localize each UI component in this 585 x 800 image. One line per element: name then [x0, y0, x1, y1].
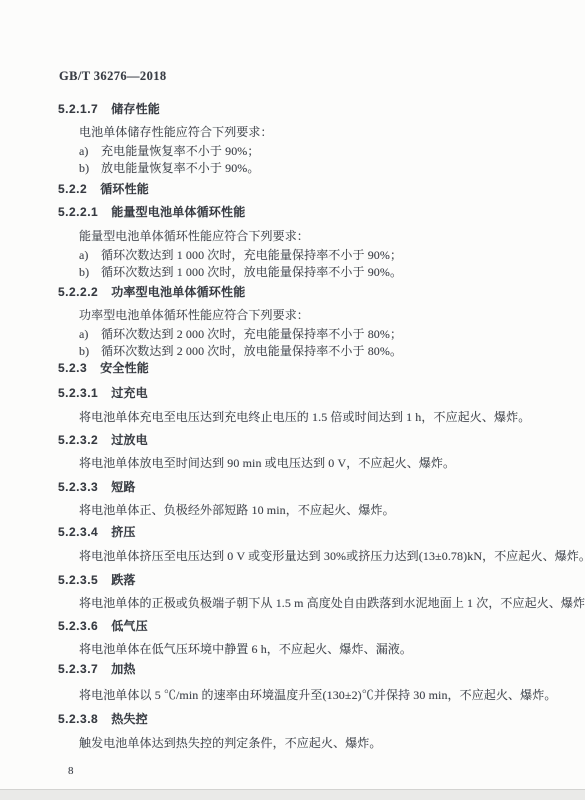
section-heading-5-2-2-2: 5.2.2.2功率型电池单体循环性能 — [58, 285, 245, 299]
list-item-label: a) — [79, 144, 101, 158]
section-heading-5-2-3-7: 5.2.3.7加热 — [58, 662, 136, 676]
list-item-text: 放电能量恢复率不小于 90%。 — [101, 161, 260, 175]
list-item-text: 循环次数达到 2 000 次时，放电能量保持率不小于 80%。 — [101, 344, 402, 358]
list-item-label: a) — [79, 248, 101, 262]
document-page: GB/T 36276—2018 5.2.1.7储存性能 电池单体储存性能应符合下… — [0, 0, 585, 800]
page-bottom-edge — [0, 789, 585, 800]
section-title: 跌落 — [111, 573, 135, 587]
section-number: 5.2.3.2 — [58, 433, 98, 447]
section-number: 5.2.3 — [58, 361, 87, 375]
section-number: 5.2.3.6 — [58, 619, 98, 633]
list-item-text: 充电能量恢复率不小于 90%； — [101, 144, 260, 158]
paragraph: 电池单体储存性能应符合下列要求： — [79, 125, 273, 139]
section-heading-5-2-3: 5.2.3安全性能 — [58, 361, 149, 375]
section-title: 低气压 — [111, 619, 148, 633]
list-item-text: 循环次数达到 1 000 次时，放电能量保持率不小于 90%。 — [101, 265, 402, 279]
list-item-label: b) — [79, 161, 101, 175]
section-title: 功率型电池单体循环性能 — [111, 285, 245, 299]
paragraph: 将电池单体放电至时间达到 90 min 或电压达到 0 V，不应起火、爆炸。 — [79, 456, 455, 470]
section-title: 热失控 — [111, 712, 148, 726]
section-heading-5-2-2: 5.2.2循环性能 — [58, 182, 149, 196]
section-heading-5-2-3-5: 5.2.3.5跌落 — [58, 573, 136, 587]
section-title: 储存性能 — [111, 102, 160, 116]
list-item-a: a)充电能量恢复率不小于 90%； — [79, 144, 260, 158]
list-item-text: 循环次数达到 2 000 次时，充电能量保持率不小于 80%； — [101, 327, 402, 341]
section-heading-5-2-2-1: 5.2.2.1能量型电池单体循环性能 — [58, 205, 245, 219]
standard-code-header: GB/T 36276—2018 — [59, 69, 167, 83]
section-number: 5.2.3.4 — [58, 525, 98, 539]
paragraph: 将电池单体充电至电压达到充电终止电压的 1.5 倍或时间达到 1 h，不应起火、… — [79, 410, 530, 424]
section-number: 5.2.2 — [58, 182, 87, 196]
paragraph: 将电池单体以 5 ℃/min 的速率由环境温度升至(130±2)℃并保持 30 … — [79, 688, 556, 702]
section-heading-5-2-3-4: 5.2.3.4挤压 — [58, 525, 136, 539]
section-number: 5.2.2.1 — [58, 205, 98, 219]
list-item-b: b)放电能量恢复率不小于 90%。 — [79, 161, 260, 175]
section-title: 加热 — [111, 662, 135, 676]
section-heading-5-2-3-8: 5.2.3.8热失控 — [58, 712, 148, 726]
section-heading-5-2-1-7: 5.2.1.7储存性能 — [58, 102, 160, 116]
section-heading-5-2-3-6: 5.2.3.6低气压 — [58, 619, 148, 633]
section-heading-5-2-3-3: 5.2.3.3短路 — [58, 480, 136, 494]
paragraph: 将电池单体的正极或负极端子朝下从 1.5 m 高度处自由跌落到水泥地面上 1 次… — [79, 596, 585, 610]
list-item-a: a)循环次数达到 1 000 次时，充电能量保持率不小于 90%； — [79, 248, 402, 262]
section-title: 挤压 — [111, 525, 135, 539]
list-item-label: b) — [79, 265, 101, 279]
paragraph: 触发电池单体达到热失控的判定条件，不应起火、爆炸。 — [79, 736, 382, 750]
section-number: 5.2.3.7 — [58, 662, 98, 676]
paragraph: 将电池单体在低气压环境中静置 6 h，不应起火、爆炸、漏液。 — [79, 642, 412, 656]
section-title: 循环性能 — [100, 182, 149, 196]
page-number: 8 — [68, 764, 74, 778]
list-item-b: b)循环次数达到 2 000 次时，放电能量保持率不小于 80%。 — [79, 344, 402, 358]
section-title: 短路 — [111, 480, 135, 494]
section-number: 5.2.3.3 — [58, 480, 98, 494]
list-item-a: a)循环次数达到 2 000 次时，充电能量保持率不小于 80%； — [79, 327, 402, 341]
section-title: 能量型电池单体循环性能 — [111, 205, 245, 219]
section-number: 5.2.3.8 — [58, 712, 98, 726]
section-title: 过充电 — [111, 386, 148, 400]
section-title: 过放电 — [111, 433, 148, 447]
section-number: 5.2.2.2 — [58, 285, 98, 299]
list-item-label: a) — [79, 327, 101, 341]
paragraph: 能量型电池单体循环性能应符合下列要求： — [79, 229, 309, 243]
paragraph: 将电池单体正、负极经外部短路 10 min，不应起火、爆炸。 — [79, 503, 395, 517]
section-heading-5-2-3-2: 5.2.3.2过放电 — [58, 433, 148, 447]
list-item-b: b)循环次数达到 1 000 次时，放电能量保持率不小于 90%。 — [79, 265, 402, 279]
section-heading-5-2-3-1: 5.2.3.1过充电 — [58, 386, 148, 400]
section-number: 5.2.1.7 — [58, 102, 98, 116]
section-number: 5.2.3.1 — [58, 386, 98, 400]
list-item-label: b) — [79, 344, 101, 358]
list-item-text: 循环次数达到 1 000 次时，充电能量保持率不小于 90%； — [101, 248, 402, 262]
section-title: 安全性能 — [100, 361, 149, 375]
section-number: 5.2.3.5 — [58, 573, 98, 587]
paragraph: 功率型电池单体循环性能应符合下列要求： — [79, 308, 309, 322]
paragraph: 将电池单体挤压至电压达到 0 V 或变形量达到 30%或挤压力达到(13±0.7… — [79, 549, 585, 563]
